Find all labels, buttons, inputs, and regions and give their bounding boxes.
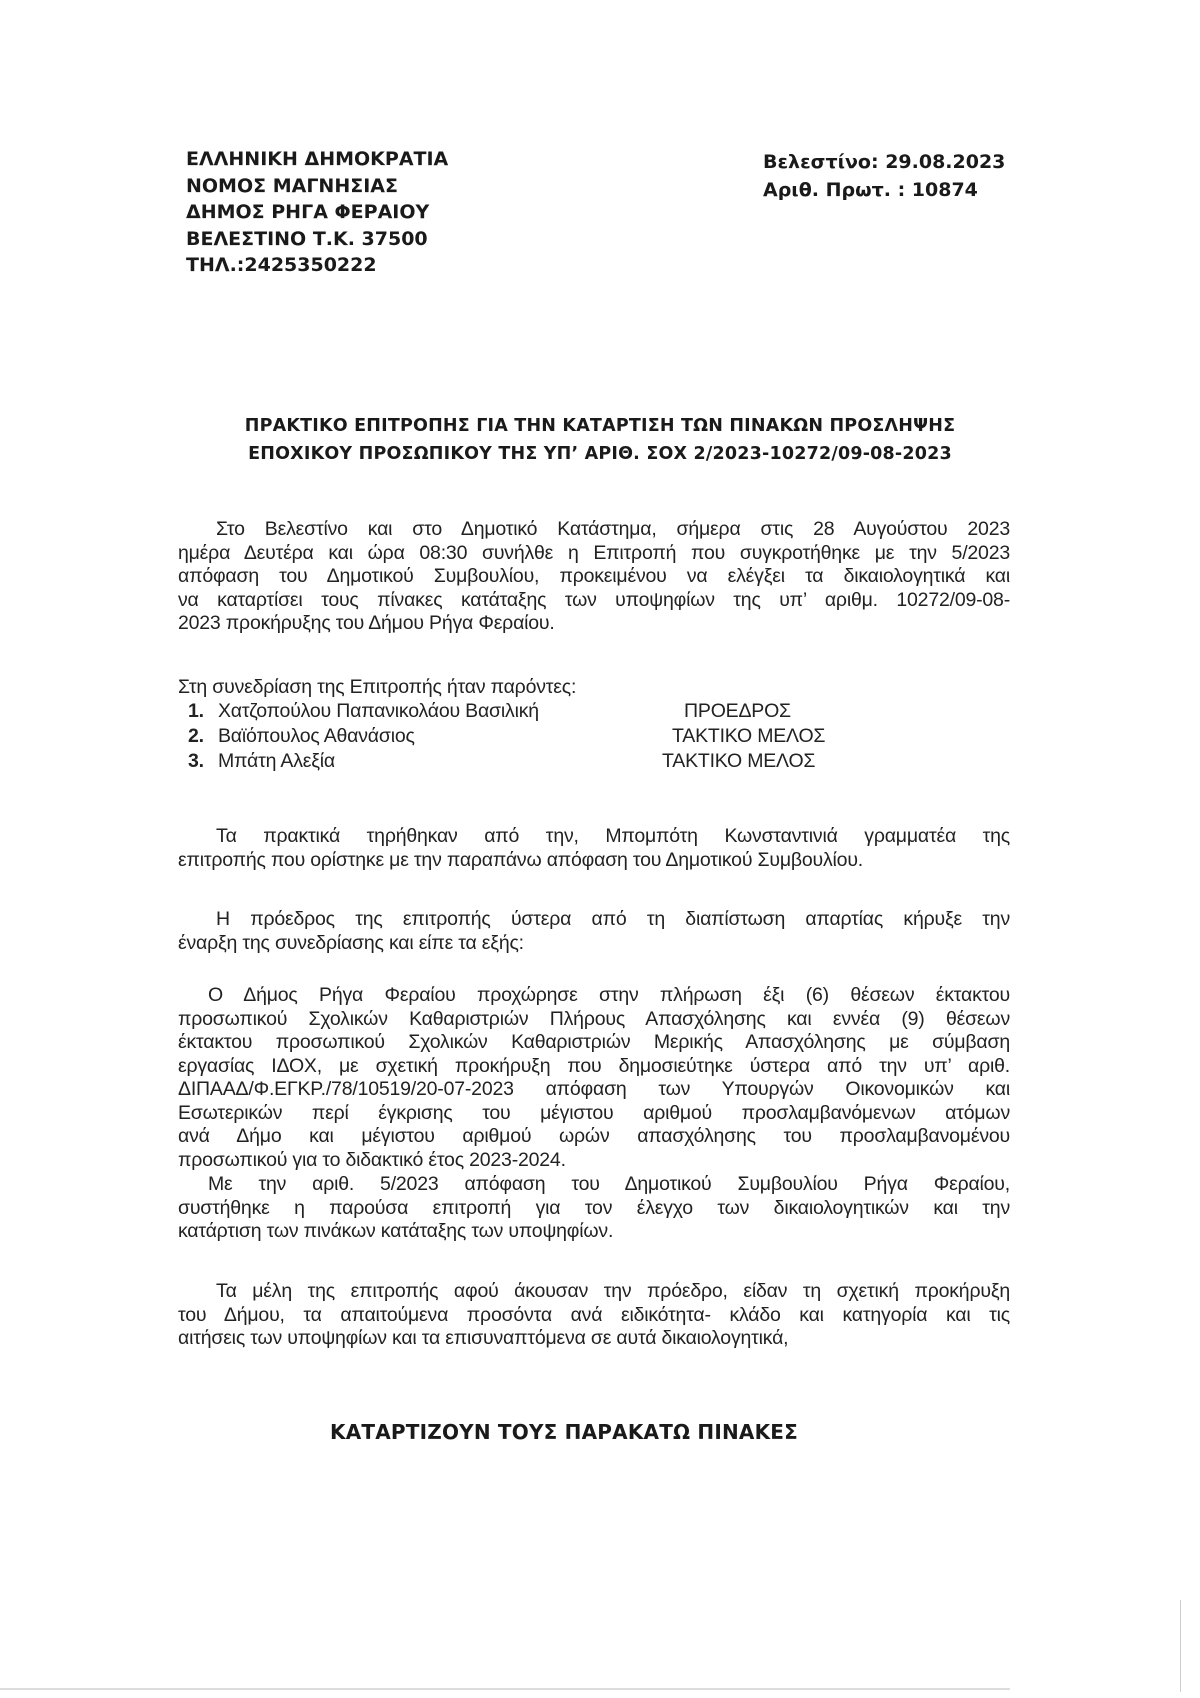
text-line: Τα πρακτικά τηρήθηκαν από την, Μπομπότη … — [178, 825, 1010, 849]
text-line: συστήθηκε η παρούσα επιτροπή για τον έλε… — [178, 1197, 1010, 1221]
text-line: προσωπικού Σχολικών Καθαριστριών Πλήρους… — [178, 1008, 1010, 1032]
text-line: κατάρτιση των πινάκων κατάταξης των υποψ… — [178, 1220, 1010, 1244]
text-line: Στο Βελεστίνο και στο Δημοτικό Κατάστημα… — [178, 518, 1010, 542]
scan-edge-right — [1180, 1600, 1181, 1692]
paragraph-opening: Στο Βελεστίνο και στο Δημοτικό Κατάστημα… — [178, 518, 1010, 636]
text-line: Εσωτερικών περί έγκρισης του μέγιστου αρ… — [178, 1102, 1010, 1126]
closing-heading: ΚΑΤΑΡΤΙΖΟΥΝ ΤΟΥΣ ΠΑΡΑΚΑΤΩ ΠΙΝΑΚΕΣ — [330, 1420, 798, 1444]
title-line-1: ΠΡΑΚΤΙΚΟ ΕΠΙΤΡΟΠΗΣ ΓΙΑ ΤΗΝ ΚΑΤΑΡΤΙΣΗ ΤΩΝ… — [190, 412, 1010, 440]
paragraph-positions: Ο Δήμος Ρήγα Φεραίου προχώρησε στην πλήρ… — [178, 984, 1010, 1172]
text-line: αιτήσεις των υποψηφίων και τα επισυναπτό… — [178, 1327, 1010, 1351]
text-line: ΔΙΠΑΑΔ/Φ.ΕΓΚΡ./78/10519/20-07-2023 απόφα… — [178, 1078, 1010, 1102]
title-line-2: ΕΠΟΧΙΚΟΥ ΠΡΟΣΩΠΙΚΟΥ ΤΗΣ ΥΠ’ ΑΡΙΘ. ΣΟΧ 2/… — [190, 440, 1010, 468]
text-line: απόφαση του Δημοτικού Συμβουλίου, προκει… — [178, 565, 1010, 589]
document-page: ΕΛΛΗΝΙΚΗ ΔΗΜΟΚΡΑΤΙΑ ΝΟΜΟΣ ΜΑΓΝΗΣΙΑΣ ΔΗΜΟ… — [0, 0, 1200, 1698]
text-line: Με την αριθ. 5/2023 απόφαση του Δημοτικο… — [178, 1173, 1010, 1197]
text-line: προσωπικού για το διδακτικό έτος 2023-20… — [178, 1149, 1010, 1173]
protocol-number: Αριθ. Πρωτ. : 10874 — [763, 176, 1005, 204]
scan-edge-bottom — [0, 1688, 1010, 1690]
text-line: έναρξη της συνεδρίασης και είπε τα εξής: — [178, 932, 1010, 956]
issuer-block: ΕΛΛΗΝΙΚΗ ΔΗΜΟΚΡΑΤΙΑ ΝΟΜΟΣ ΜΑΓΝΗΣΙΑΣ ΔΗΜΟ… — [186, 146, 448, 279]
member-role: ΤΑΚΤΙΚΟ ΜΕΛΟΣ — [662, 750, 815, 773]
text-line: Η πρόεδρος της επιτροπής ύστερα από τη δ… — [178, 908, 1010, 932]
text-line: του Δήμου, τα απαιτούμενα προσόντα ανά ε… — [178, 1304, 1010, 1328]
member-number: 2. — [188, 725, 204, 748]
document-date: Βελεστίνο: 29.08.2023 — [763, 148, 1005, 176]
member-name: Βαϊόπουλος Αθανάσιος — [218, 725, 415, 748]
member-role: ΤΑΚΤΙΚΟ ΜΕΛΟΣ — [672, 725, 825, 748]
paragraph-quorum: Η πρόεδρος της επιτροπής ύστερα από τη δ… — [178, 908, 1010, 955]
issuer-line-municipality: ΔΗΜΟΣ ΡΗΓΑ ΦΕΡΑΙΟΥ — [186, 199, 448, 226]
issuer-line-phone: ΤΗΛ.:2425350222 — [186, 252, 448, 279]
members-list: 1. Χατζοπούλου Παπανικολάου Βασιλική ΠΡΟ… — [188, 700, 1008, 780]
paragraph-committee-decision: Με την αριθ. 5/2023 απόφαση του Δημοτικο… — [178, 1173, 1010, 1244]
text-line: ανά Δήμο και μέγιστου αριθμού ωρών απασχ… — [178, 1125, 1010, 1149]
text-line: έκτακτου προσωπικού Σχολικών Καθαριστριώ… — [178, 1031, 1010, 1055]
text-line: εργασίας ΙΔΟΧ, με σχετική προκήρυξη που … — [178, 1055, 1010, 1079]
issuer-line-prefecture: ΝΟΜΟΣ ΜΑΓΝΗΣΙΑΣ — [186, 173, 448, 200]
issuer-line-address: ΒΕΛΕΣΤΙΝΟ Τ.Κ. 37500 — [186, 226, 448, 253]
text-line: να καταρτίσει τους πίνακες κατάταξης των… — [178, 589, 1010, 613]
text-line: επιτροπής που ορίστηκε με την παραπάνω α… — [178, 849, 1010, 873]
member-name: Χατζοπούλου Παπανικολάου Βασιλική — [218, 700, 539, 723]
date-protocol-block: Βελεστίνο: 29.08.2023 Αριθ. Πρωτ. : 1087… — [763, 148, 1005, 204]
document-title: ΠΡΑΚΤΙΚΟ ΕΠΙΤΡΟΠΗΣ ΓΙΑ ΤΗΝ ΚΑΤΑΡΤΙΣΗ ΤΩΝ… — [190, 412, 1010, 468]
member-number: 3. — [188, 750, 204, 773]
member-name: Μπάτη Αλεξία — [218, 750, 335, 773]
member-number: 1. — [188, 700, 204, 723]
text-line: Ο Δήμος Ρήγα Φεραίου προχώρησε στην πλήρ… — [178, 984, 1010, 1008]
issuer-line-country: ΕΛΛΗΝΙΚΗ ΔΗΜΟΚΡΑΤΙΑ — [186, 146, 448, 173]
text-line: Τα μέλη της επιτροπής αφού άκουσαν την π… — [178, 1280, 1010, 1304]
member-role: ΠΡΟΕΔΡΟΣ — [684, 700, 791, 723]
members-intro: Στη συνεδρίαση της Επιτροπής ήταν παρόντ… — [178, 676, 576, 699]
paragraph-members-review: Τα μέλη της επιτροπής αφού άκουσαν την π… — [178, 1280, 1010, 1351]
text-line: 2023 προκήρυξης του Δήμου Ρήγα Φεραίου. — [178, 612, 1010, 636]
text-line: ημέρα Δευτέρα και ώρα 08:30 συνήλθε η Επ… — [178, 542, 1010, 566]
paragraph-minutes-keeper: Τα πρακτικά τηρήθηκαν από την, Μπομπότη … — [178, 825, 1010, 872]
